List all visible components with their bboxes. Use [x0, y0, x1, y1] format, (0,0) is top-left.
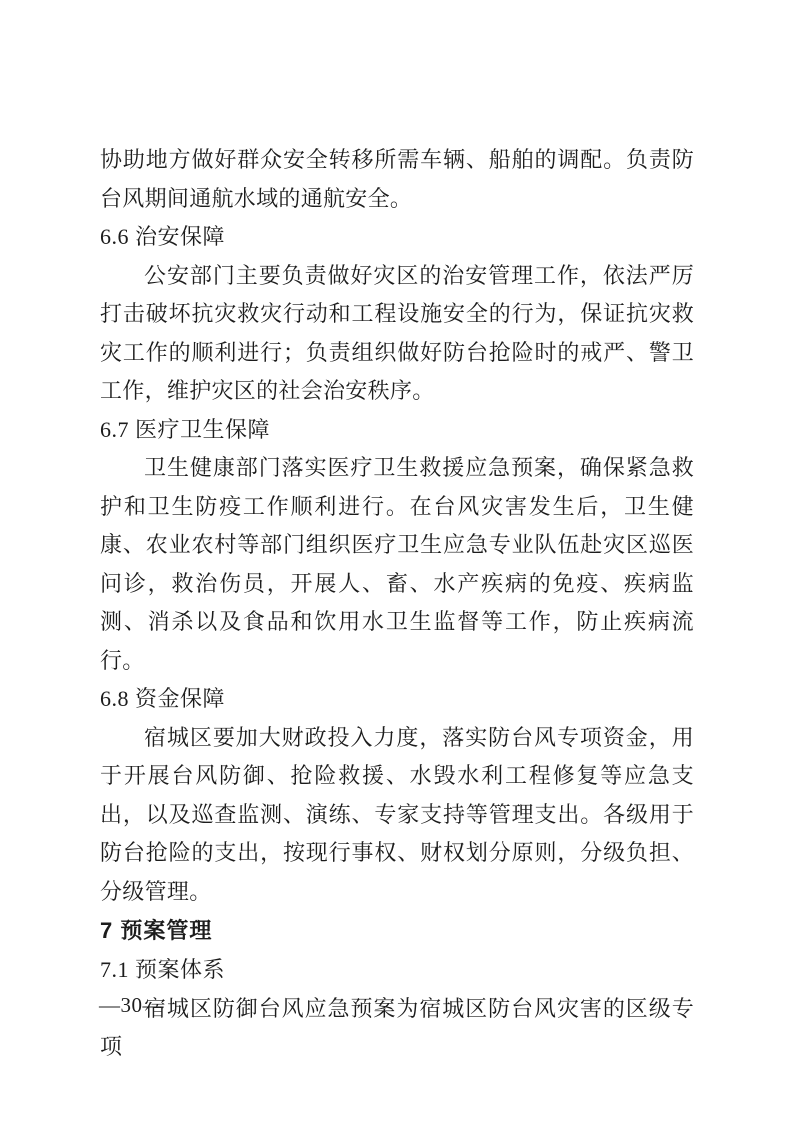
heading-6-6-public-security: 6.6 治安保障 [100, 218, 694, 257]
heading-6-7-medical-health: 6.7 医疗卫生保障 [100, 411, 694, 450]
paragraph-funding: 宿城区要加大财政投入力度，落实防台风专项资金，用于开展台风防御、抢险救援、水毁水… [100, 719, 694, 912]
paragraph-transport-security-continued: 协助地方做好群众安全转移所需车辆、船舶的调配。负责防台风期间通航水域的通航安全。 [100, 141, 694, 218]
document-page: 协助地方做好群众安全转移所需车辆、船舶的调配。负责防台风期间通航水域的通航安全。… [0, 0, 793, 1122]
paragraph-public-security: 公安部门主要负责做好灾区的治安管理工作，依法严厉打击破坏抗灾救灾行动和工程设施安… [100, 257, 694, 411]
heading-7-plan-management: 7 预案管理 [100, 911, 694, 951]
document-body: 协助地方做好群众安全转移所需车辆、船舶的调配。负责防台风期间通航水域的通航安全。… [100, 141, 694, 1067]
heading-6-8-funding: 6.8 资金保障 [100, 680, 694, 719]
paragraph-medical-health: 卫生健康部门落实医疗卫生救援应急预案，确保紧急救护和卫生防疫工作顺利进行。在台风… [100, 449, 694, 680]
heading-7-1-plan-system: 7.1 预案体系 [100, 951, 694, 990]
paragraph-plan-system: 宿城区防御台风应急预案为宿城区防台风灾害的区级专项 [100, 990, 694, 1067]
page-number: —30— [99, 993, 164, 1018]
